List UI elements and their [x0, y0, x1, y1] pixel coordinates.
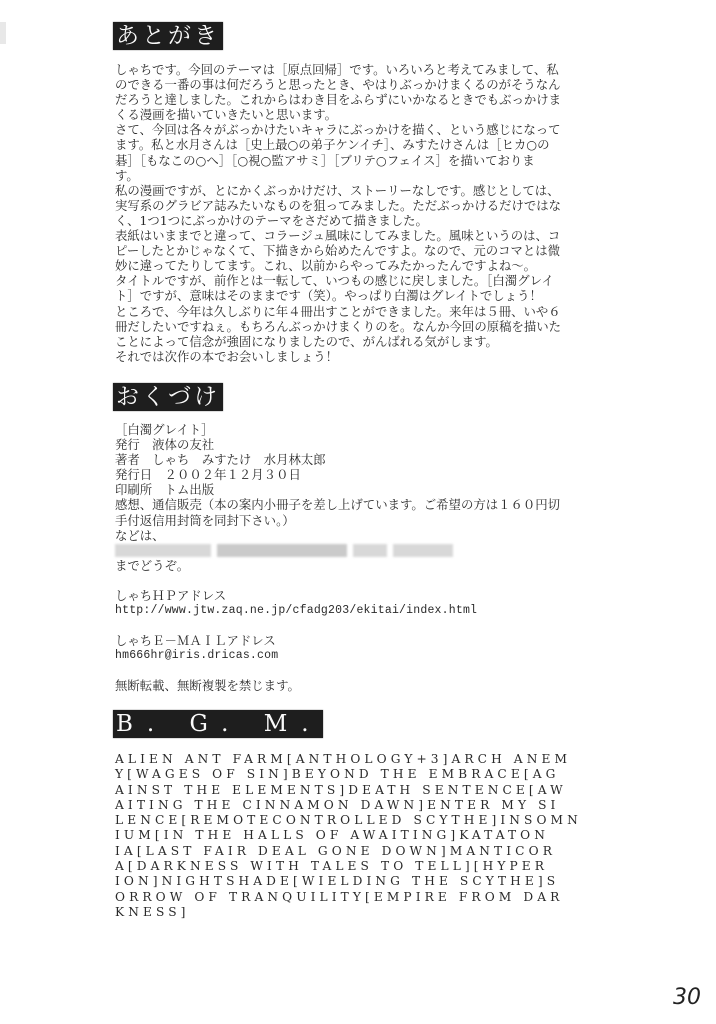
bgm-line: A[DARKNESS WITH TALES TO TELL][HYPER	[115, 859, 615, 874]
text-line: 冊だしたいですねぇ。もちろんぶっかけまくりのを。なんか今回の原稿を描いた	[115, 319, 615, 334]
colophon-heading: おくづけ	[113, 383, 223, 411]
book-title: ［白濁グレイト］	[115, 422, 615, 437]
scan-edge-mark	[0, 22, 6, 44]
bgm-line: ION]NIGHTSHADE[WIELDING THE SCYTHE]S	[115, 874, 615, 889]
text-line: く、1つ1つにぶっかけのテーマをさだめて描きました。	[115, 213, 615, 228]
contact-intro: などは、	[115, 528, 615, 543]
hp-url[interactable]: http://www.jtw.zaq.ne.jp/cfadg203/ekitai…	[115, 603, 615, 618]
text-line: ト］ですが、意味はそのままです（笑）。やっぱり白濁はグレイトでしょう！	[115, 288, 615, 303]
email-address[interactable]: hm666hr@iris.dricas.com	[115, 648, 615, 663]
text-line: しゃちです。今回のテーマは［原点回帰］です。いろいろと考えてみまして、私	[115, 62, 615, 77]
afterword-heading: あとがき	[113, 22, 223, 50]
afterword-text: しゃちです。今回のテーマは［原点回帰］です。いろいろと考えてみまして、私 のでき…	[115, 62, 615, 364]
bgm-line: ORROW OF TRANQUILITY[EMPIRE FROM DAR	[115, 890, 615, 905]
bgm-line: IA[LAST FAIR DEAL GONE DOWN]MANTICOR	[115, 844, 615, 859]
text-line: くる漫画を描いていきたいと思います。	[115, 107, 615, 122]
text-line: 妙に違ってたりしてます。これ、以前からやってみたかったんですよね～。	[115, 258, 615, 273]
hp-label: しゃちＨＰアドレス	[115, 588, 615, 603]
text-line: す。	[115, 168, 615, 183]
redacted-address	[115, 543, 615, 558]
email-label: しゃちＥ－ＭＡＩＬアドレス	[115, 633, 615, 648]
mail-order-line: 手付返信用封筒を同封下さい。）	[115, 513, 615, 528]
publisher: 発行 液体の友社	[115, 437, 615, 452]
bgm-line: KNESS]	[115, 905, 615, 920]
bgm-line: AINST THE ELEMENTS]DEATH SENTENCE[AW	[115, 783, 615, 798]
redacted-block	[393, 544, 453, 557]
redacted-block	[353, 544, 387, 557]
page-number: 30	[673, 985, 701, 1010]
text-line: タイトルですが、前作とは一転して、いつもの感じに戻しました。［白濁グレイ	[115, 273, 615, 288]
printer: 印刷所 トム出版	[115, 482, 615, 497]
text-line: ピーしたとかじゃなくて、下描きから始めたんですよ。なので、元のコマとは微	[115, 243, 615, 258]
text-line: だろうと達しました。これからはわき目をふらずにいかなるときでもぶっかけま	[115, 92, 615, 107]
bgm-line: AITING THE CINNAMON DAWN]ENTER MY SI	[115, 798, 615, 813]
bgm-line: IUM[IN THE HALLS OF AWAITING]KATATON	[115, 828, 615, 843]
text-line: 表紙はいままでと違って、コラージュ風味にしてみました。風味というのは、コ	[115, 228, 615, 243]
bgm-line: ALIEN ANT FARM[ANTHOLOGY+3]ARCH ANEM	[115, 752, 615, 767]
text-line: ます。私と水月さんは［史上最○の弟子ケンイチ］、みすたけさんは［ヒカ○の	[115, 137, 615, 152]
bgm-heading: B. G. M.	[113, 710, 323, 738]
bgm-line: LENCE[REMOTECONTROLLED SCYTHE]INSOMN	[115, 813, 615, 828]
colophon-text: ［白濁グレイト］ 発行 液体の友社 著者 しゃち みすたけ 水月林太郎 発行日 …	[115, 422, 615, 693]
text-line: のできる一番の事は何だろうと思ったとき、やはりぶっかけまくるのがそうなん	[115, 77, 615, 92]
text-line: さて、今回は各々がぶっかけたいキャラにぶっかけを描く、という感じになって	[115, 122, 615, 137]
redacted-block	[115, 544, 211, 557]
text-line: ところで、今年は久しぶりに年４冊出すことができました。来年は５冊、いや６	[115, 304, 615, 319]
publish-date: 発行日 ２００２年１２月３０日	[115, 467, 615, 482]
redacted-block	[217, 544, 347, 557]
text-line: ことによって信念が強固になりましたので、がんばれる気がします。	[115, 334, 615, 349]
copyright-notice: 無断転載、無断複製を禁じます。	[115, 678, 615, 693]
contact-outro: までどうぞ。	[115, 558, 615, 573]
authors: 著者 しゃち みすたけ 水月林太郎	[115, 452, 615, 467]
bgm-list: ALIEN ANT FARM[ANTHOLOGY+3]ARCH ANEM Y[W…	[115, 752, 615, 920]
text-line: 私の漫画ですが、とにかくぶっかけだけ、ストーリーなしです。感じとしては、	[115, 183, 615, 198]
mail-order-line: 感想、通信販売（本の案内小冊子を差し上げています。ご希望の方は１６０円切	[115, 497, 615, 512]
text-line: 碁］［もなこの○へ］［○視○監アサミ］［ブリテ○フェイス］を描いておりま	[115, 153, 615, 168]
text-line: それでは次作の本でお会いしましょう！	[115, 349, 615, 364]
text-line: 実写系のグラビア誌みたいなものを狙ってみました。ただぶっかけるだけではな	[115, 198, 615, 213]
bgm-line: Y[WAGES OF SIN]BEYOND THE EMBRACE[AG	[115, 767, 615, 782]
